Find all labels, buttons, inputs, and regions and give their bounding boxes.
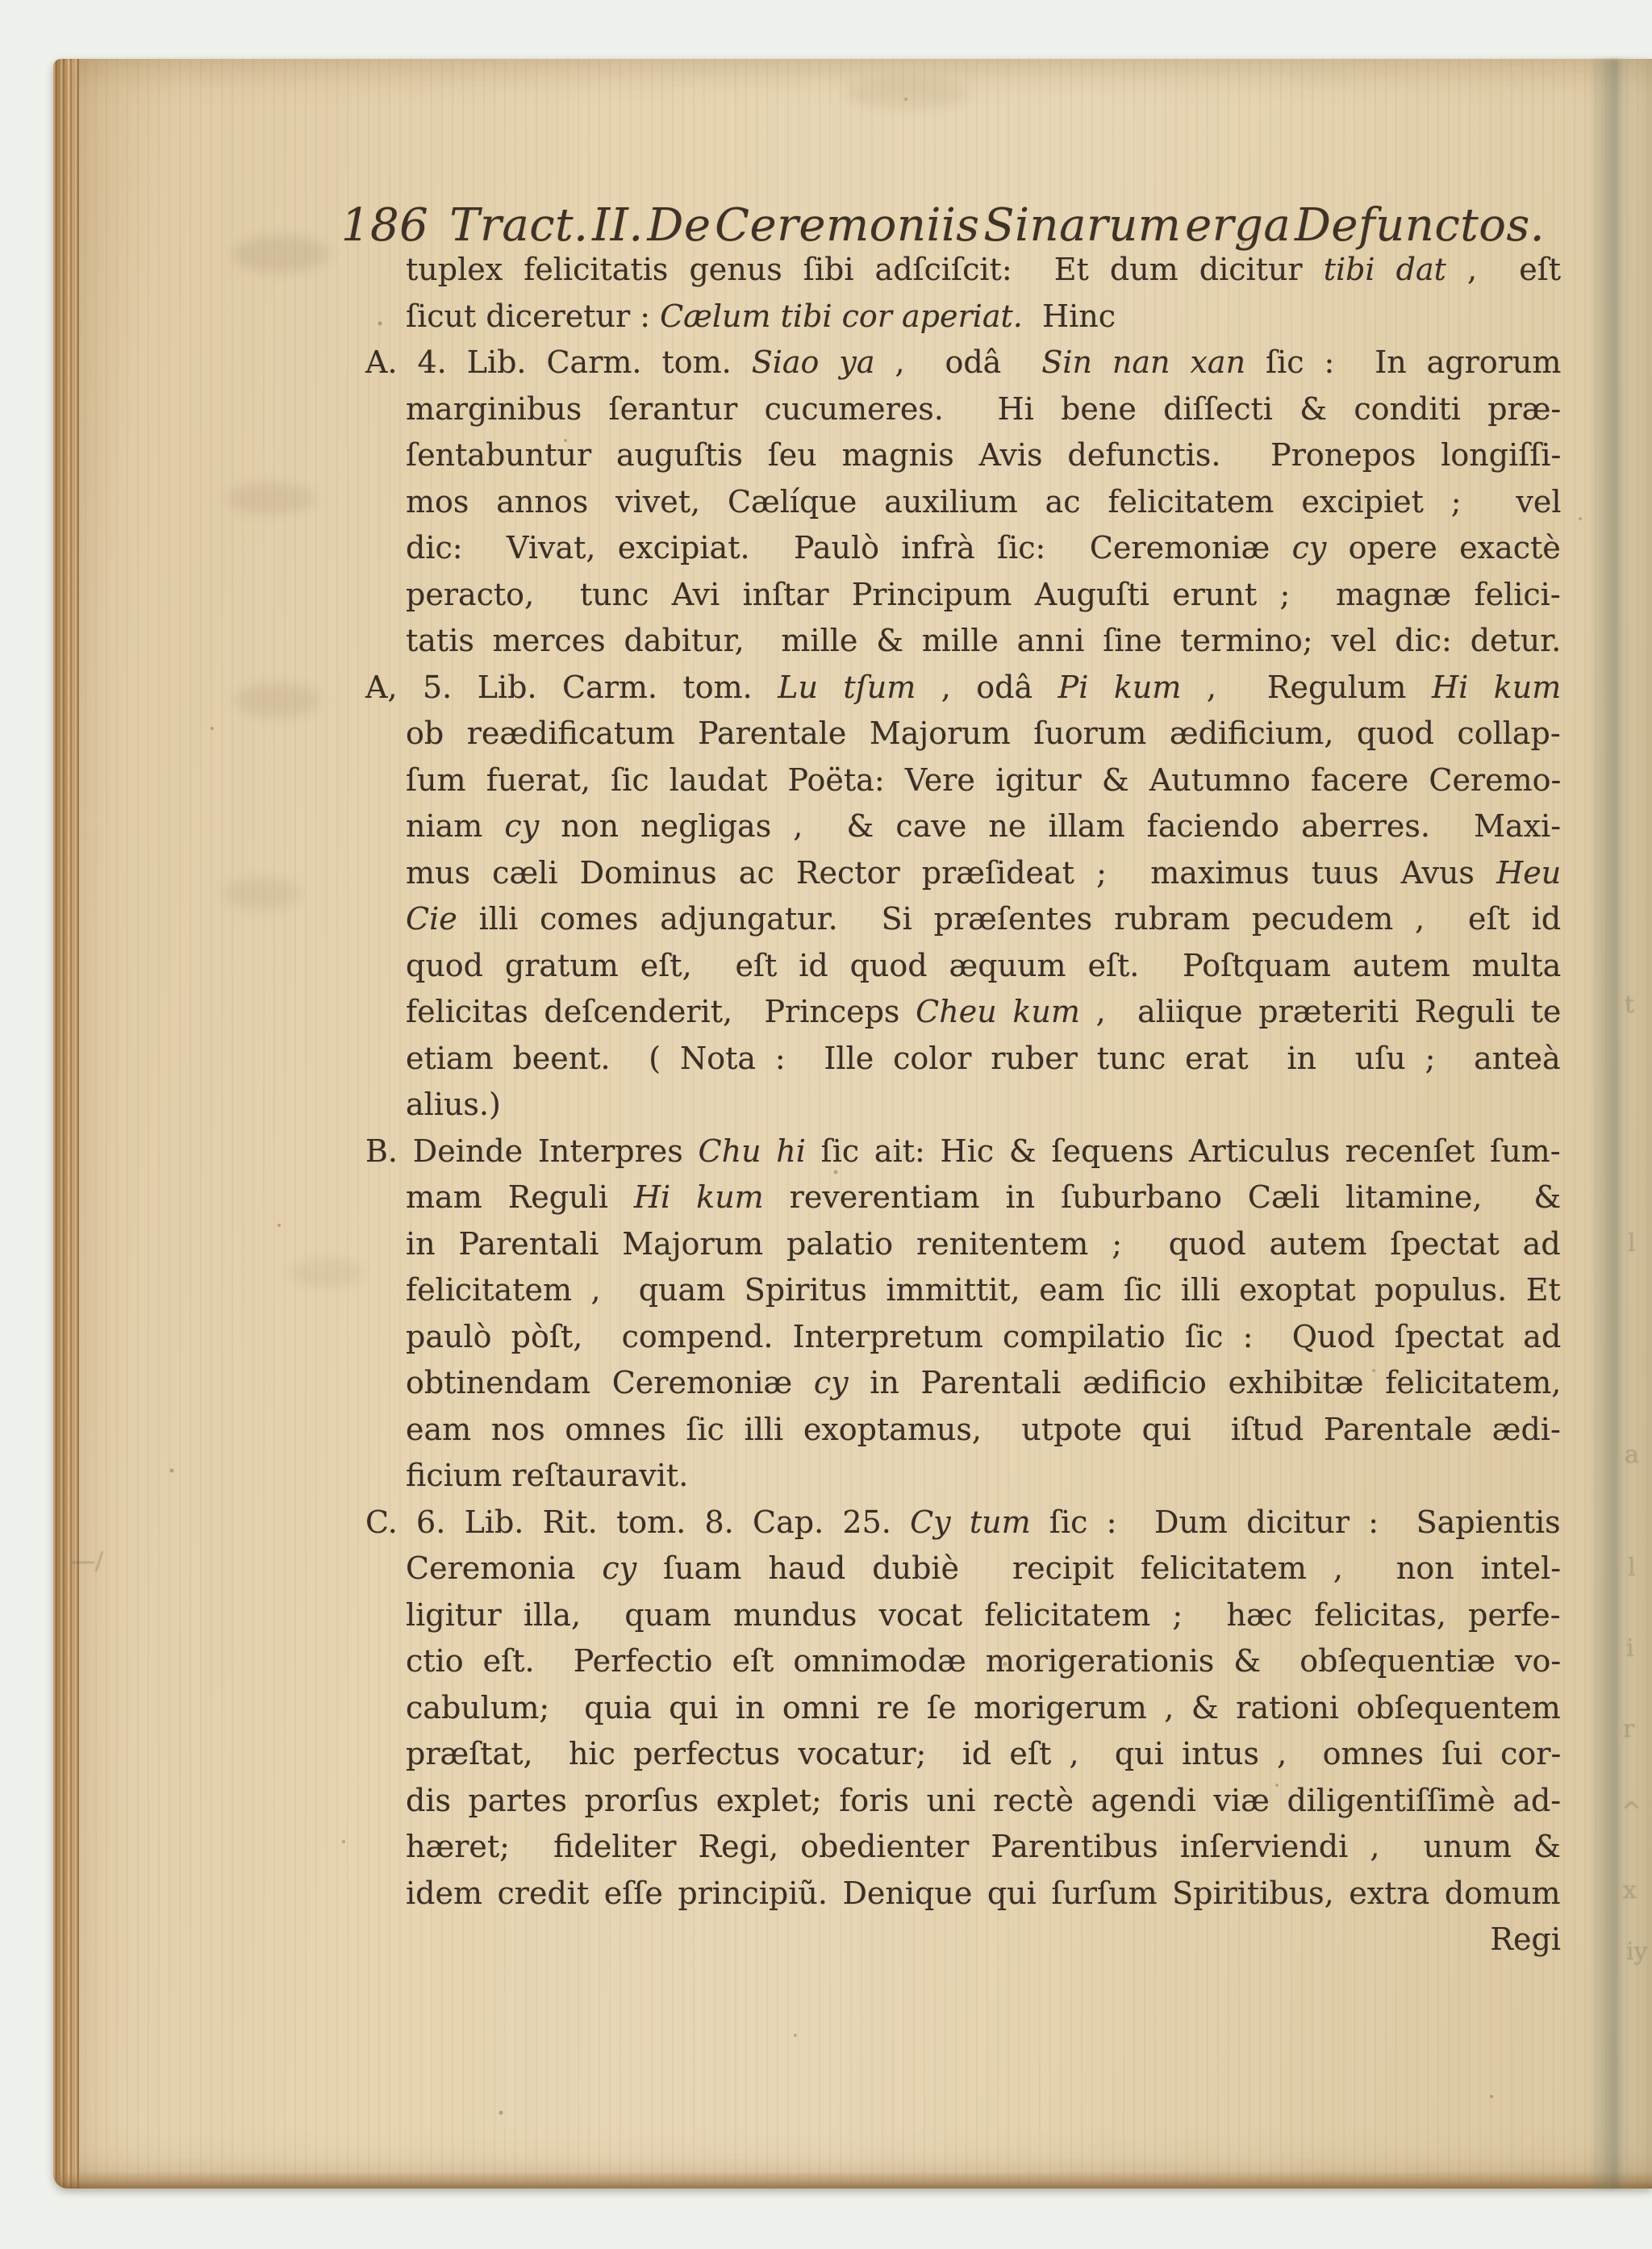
text-line: mus cæli Dominus ac Rector præſideat ; m… [406,850,1561,897]
text-segment: mam Reguli [406,1179,634,1215]
text-segment: B. Deinde Interpres [365,1133,699,1169]
bleed-through-mark: a [1625,1441,1639,1469]
text-line: A, 5. Lib. Carm. tom. Lu tſum , odâ Pi k… [365,665,1561,711]
text-segment: paulò pòſt, compend. Interpretum compila… [406,1319,1561,1354]
text-segment: quod gratum eſt, eſt id quod æquum eſt. … [406,948,1561,983]
text-segment: marginibus ſerantur cucumeres. Hi bene d… [406,391,1561,427]
text-line: B. Deinde Interpres Chu hi ſic ait: Hic … [365,1129,1561,1175]
text-segment: illi comes adjungatur. Si præſentes rubr… [457,901,1562,937]
italic-text-segment: cy [602,1550,636,1586]
text-line: quod gratum eſt, eſt id quod æquum eſt. … [406,943,1561,990]
paper-specks [0,0,2,2]
italic-text-segment: Cælum tibi cor aperiat. [660,298,1023,334]
italic-text-segment: Hi kum [634,1179,764,1215]
italic-text-segment: cy [814,1365,849,1400]
text-segment: , aliique præteriti Reguli te [1080,994,1561,1029]
text-segment: alius.) [406,1087,501,1122]
bleed-through-mark: —/ [71,1547,103,1575]
text-segment: , odâ [916,670,1058,705]
text-segment: tuplex felicitatis genus ſibi adſciſcit:… [406,252,1324,287]
italic-text-segment: Lu tſum [778,670,916,705]
italic-text-segment: cy [504,808,539,844]
text-line: A. 4. Lib. Carm. tom. Siao ya , odâ Sin … [365,340,1561,386]
text-line: obtinendam Ceremoniæ cy in Parentali ædi… [406,1360,1561,1407]
text-segment: peracto, tunc Avi inſtar Principum Auguſ… [406,577,1561,612]
gutter-shadow [1587,59,1636,2188]
text-line: etiam beent. ( Nota : Ille color ruber t… [406,1036,1561,1083]
text-segment: mos annos vivet, Cælíque auxilium ac fel… [406,484,1561,519]
text-block: tuplex felicitatis genus ſibi adſciſcit:… [406,247,1561,1917]
text-line: ſum fuerat, ſic laudat Poëta: Vere igitu… [406,757,1561,804]
bleed-through-mark: l [1628,1229,1636,1258]
catchword: Regi [406,1917,1561,1963]
bleed-through-mark: l [1628,1554,1636,1582]
text-line: eam nos omnes ſic illi exoptamus, utpote… [406,1407,1561,1454]
bleed-through-mark: i [1626,1634,1634,1663]
text-line: paulò pòſt, compend. Interpretum compila… [406,1314,1561,1361]
text-line: ctio eſt. Perfectio eſt omnimodæ moriger… [406,1638,1561,1685]
text-segment: etiam beent. ( Nota : Ille color ruber t… [406,1041,1561,1076]
italic-text-segment: Cy tum [910,1504,1031,1540]
bleed-through-mark: ^ [1621,1797,1642,1825]
text-segment: A. 4. Lib. Carm. tom. [365,344,752,380]
text-line: ſicut diceretur : Cælum tibi cor aperiat… [406,294,1116,340]
text-segment: opere exactè [1326,530,1560,565]
italic-text-segment: Sin nan xan [1041,344,1245,380]
bleed-through-mark: x [1623,1876,1637,1905]
bleed-through-mark: iy [1626,1938,1648,1966]
text-segment: tatis merces dabitur, mille & mille anni… [406,623,1561,658]
text-line: dic: Vivat, excipiat. Paulò infrà ſic: C… [406,525,1561,572]
text-segment: præſtat, hic perfectus vocatur; id eſt ,… [406,1736,1561,1771]
text-segment: Ceremonia [406,1550,602,1586]
text-line: Ceremonia cy ſuam haud dubiè recipit fel… [406,1546,1561,1592]
text-segment: , odâ [875,344,1042,380]
text-segment: ſentabuntur auguſtis ſeu magnis Avis def… [406,437,1561,473]
italic-text-segment: Siao ya [752,344,875,380]
text-segment: dis partes prorſus explet; foris uni rec… [406,1783,1561,1818]
italic-text-segment: Chu hi [699,1133,806,1169]
text-segment: felicitatem , quam Spiritus immittit, ea… [406,1272,1561,1308]
text-line: præſtat, hic perfectus vocatur; id eſt ,… [406,1731,1561,1778]
text-segment: ficium reſtauravit. [406,1458,688,1493]
bleed-through-mark: r [1623,1715,1634,1743]
text-segment: ſic ait: Hic & ſequens Articulus recenſe… [806,1133,1561,1169]
text-segment: cabulum; quia qui in omni re ſe morigeru… [406,1690,1561,1725]
page-bottom-edge [53,2172,1652,2188]
text-segment: ligitur illa, quam mundus vocat felicita… [406,1597,1561,1633]
text-segment: in Parentali Majorum palatio renitentem … [406,1226,1561,1262]
italic-text-segment: Cheu kum [916,994,1080,1029]
text-line: felicitas deſcenderit, Princeps Cheu kum… [406,989,1561,1036]
text-segment: , Regulum [1181,670,1432,705]
scanned-book-page: 186Tract. II. De Ceremoniis Sinarum erga… [0,0,1652,2249]
text-line: mos annos vivet, Cælíque auxilium ac fel… [406,479,1561,526]
running-title: Tract. II. De Ceremoniis Sinarum erga De… [449,199,1545,252]
text-line: Cie illi comes adjungatur. Si præſentes … [406,896,1561,943]
text-line: idem credit eſſe principiũ. Denique qui … [406,1871,1561,1917]
text-segment: idem credit eſſe principiũ. Denique qui … [406,1876,1561,1911]
text-line: ſentabuntur auguſtis ſeu magnis Avis def… [406,432,1561,479]
text-segment: felicitas deſcenderit, Princeps [406,994,916,1029]
italic-text-segment: Hi kum [1432,670,1561,705]
text-line: in Parentali Majorum palatio renitentem … [406,1221,1561,1268]
text-segment: , eſt [1446,252,1561,287]
text-line: felicitatem , quam Spiritus immittit, ea… [406,1267,1561,1314]
italic-text-segment: cy [1292,530,1327,565]
text-line: ligitur illa, quam mundus vocat felicita… [406,1592,1561,1639]
text-segment: dic: Vivat, excipiat. Paulò infrà ſic: C… [406,530,1292,565]
text-segment: ſuam haud dubiè recipit felicitatem , no… [636,1550,1561,1586]
text-line: niam cy non negligas , & cave ne illam f… [406,803,1561,850]
text-line: ficium reſtauravit. [406,1453,688,1500]
text-segment: ctio eſt. Perfectio eſt omnimodæ moriger… [406,1643,1561,1679]
text-segment: in Parentali ædificio exhibitæ felicitat… [849,1365,1562,1400]
text-segment: hæret; fideliter Regi, obedienter Parent… [406,1829,1561,1864]
text-line: C. 6. Lib. Rit. tom. 8. Cap. 25. Cy tum … [365,1500,1561,1546]
text-segment: ſum fuerat, ſic laudat Poëta: Vere igitu… [406,762,1561,798]
text-segment: ob reædificatum Parentale Majorum ſuorum… [406,716,1561,751]
text-segment: ſic : Dum dicitur : Sapientis [1031,1504,1561,1540]
text-line: ob reædificatum Parentale Majorum ſuorum… [406,711,1561,757]
italic-text-segment: Pi kum [1058,670,1182,705]
text-segment: mus cæli Dominus ac Rector præſideat ; m… [406,855,1496,891]
text-line: mam Reguli Hi kum reverentiam in ſuburba… [406,1175,1561,1221]
text-line: alius.) [406,1082,501,1129]
text-segment: A, 5. Lib. Carm. tom. [365,670,778,705]
text-line: cabulum; quia qui in omni re ſe morigeru… [406,1685,1561,1732]
italic-text-segment: Cie [406,901,457,937]
text-segment: non negligas , & cave ne illam faciendo … [539,808,1561,844]
text-segment: Hinc [1023,298,1116,334]
leaf-edge-stack [53,59,79,2188]
text-line: peracto, tunc Avi inſtar Principum Auguſ… [406,572,1561,619]
text-line: tatis merces dabitur, mille & mille anni… [406,618,1561,665]
text-segment: eam nos omnes ſic illi exoptamus, utpote… [406,1412,1561,1447]
page-number: 186 [341,199,428,252]
text-segment: C. 6. Lib. Rit. tom. 8. Cap. 25. [365,1504,910,1540]
text-line: tuplex felicitatis genus ſibi adſciſcit:… [406,247,1561,294]
text-segment: obtinendam Ceremoniæ [406,1365,814,1400]
text-line: marginibus ſerantur cucumeres. Hi bene d… [406,386,1561,433]
text-segment: ſic : In agrorum [1245,344,1561,380]
text-line: hæret; fideliter Regi, obedienter Parent… [406,1824,1561,1871]
text-line: dis partes prorſus explet; foris uni rec… [406,1778,1561,1825]
text-segment: ſicut diceretur : [406,298,660,334]
text-segment: niam [406,808,504,844]
italic-text-segment: tibi dat [1324,252,1446,287]
text-segment: reverentiam in ſuburbano Cæli litamine, … [764,1179,1562,1215]
bleed-through-mark: t [1625,991,1634,1019]
italic-text-segment: Heu [1496,855,1561,891]
